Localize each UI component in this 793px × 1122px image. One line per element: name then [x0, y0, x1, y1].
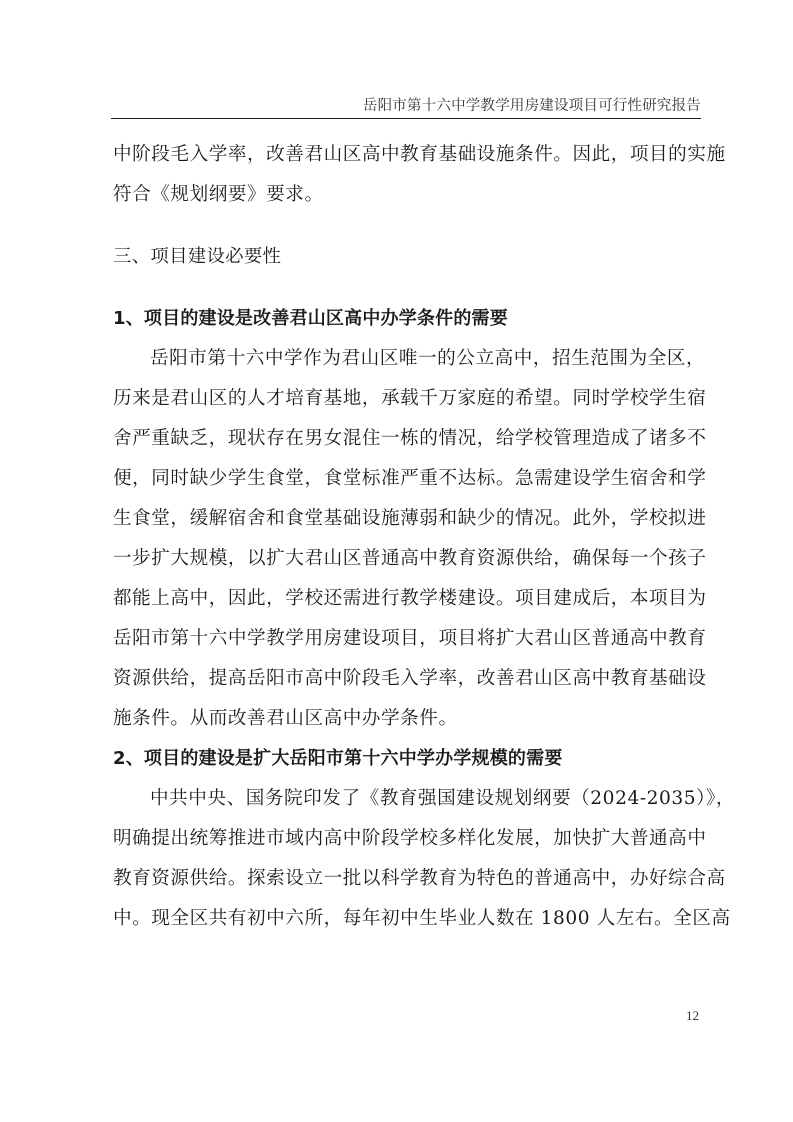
paragraph-line: 中共中央、国务院印发了《教育强国建设规划纲要（2024-2035）》，	[113, 779, 703, 819]
paragraph-line: 岳阳市第十六中学作为君山区唯一的公立高中，招生范围为全区，	[113, 339, 703, 379]
paragraph-line: 生食堂，缓解宿舍和食堂基础设施薄弱和缺少的情况。此外，学校拟进	[113, 499, 703, 539]
paragraph-line: 中阶段毛入学率，改善君山区高中教育基础设施条件。因此，项目的实施	[113, 135, 703, 175]
paragraph-line: 都能上高中，因此，学校还需进行教学楼建设。项目建成后，本项目为	[113, 579, 703, 619]
paragraph-line: 教育资源供给。探索设立一批以科学教育为特色的普通高中，办好综合高	[113, 859, 703, 899]
paragraph-line: 资源供给，提高岳阳市高中阶段毛入学率，改善君山区高中教育基础设	[113, 659, 703, 699]
spacer	[113, 277, 703, 299]
paragraph-line: 舍严重缺乏，现状存在男女混住一栋的情况，给学校管理造成了诸多不	[113, 419, 703, 459]
spacer	[113, 215, 703, 237]
paragraph-line: 明确提出统筹推进市域内高中阶段学校多样化发展，加快扩大普通高中	[113, 819, 703, 859]
paragraph-line: 中。现全区共有初中六所，每年初中生毕业人数在 1800 人左右。全区高	[113, 899, 703, 939]
paragraph-line: 一步扩大规模，以扩大君山区普通高中教育资源供给，确保每一个孩子	[113, 539, 703, 579]
paragraph-line: 符合《规划纲要》要求。	[113, 175, 703, 215]
document-body: 中阶段毛入学率，改善君山区高中教育基础设施条件。因此，项目的实施 符合《规划纲要…	[113, 135, 703, 939]
document-title: 岳阳市第十六中学教学用房建设项目可行性研究报告	[363, 94, 701, 115]
subsection-heading-1: 1、项目的建设是改善君山区高中办学条件的需要	[113, 299, 703, 339]
subsection-heading-2: 2、项目的建设是扩大岳阳市第十六中学办学规模的需要	[113, 739, 703, 779]
page-number: 12	[686, 1008, 699, 1024]
paragraph-line: 施条件。从而改善君山区高中办学条件。	[113, 699, 703, 739]
paragraph-line: 岳阳市第十六中学教学用房建设项目，项目将扩大君山区普通高中教育	[113, 619, 703, 659]
paragraph-line: 历来是君山区的人才培育基地，承载千万家庭的希望。同时学校学生宿	[113, 379, 703, 419]
section-heading: 三、项目建设必要性	[113, 237, 703, 277]
paragraph-line: 便，同时缺少学生食堂，食堂标准严重不达标。急需建设学生宿舍和学	[113, 459, 703, 499]
page-header: 岳阳市第十六中学教学用房建设项目可行性研究报告	[111, 92, 701, 119]
